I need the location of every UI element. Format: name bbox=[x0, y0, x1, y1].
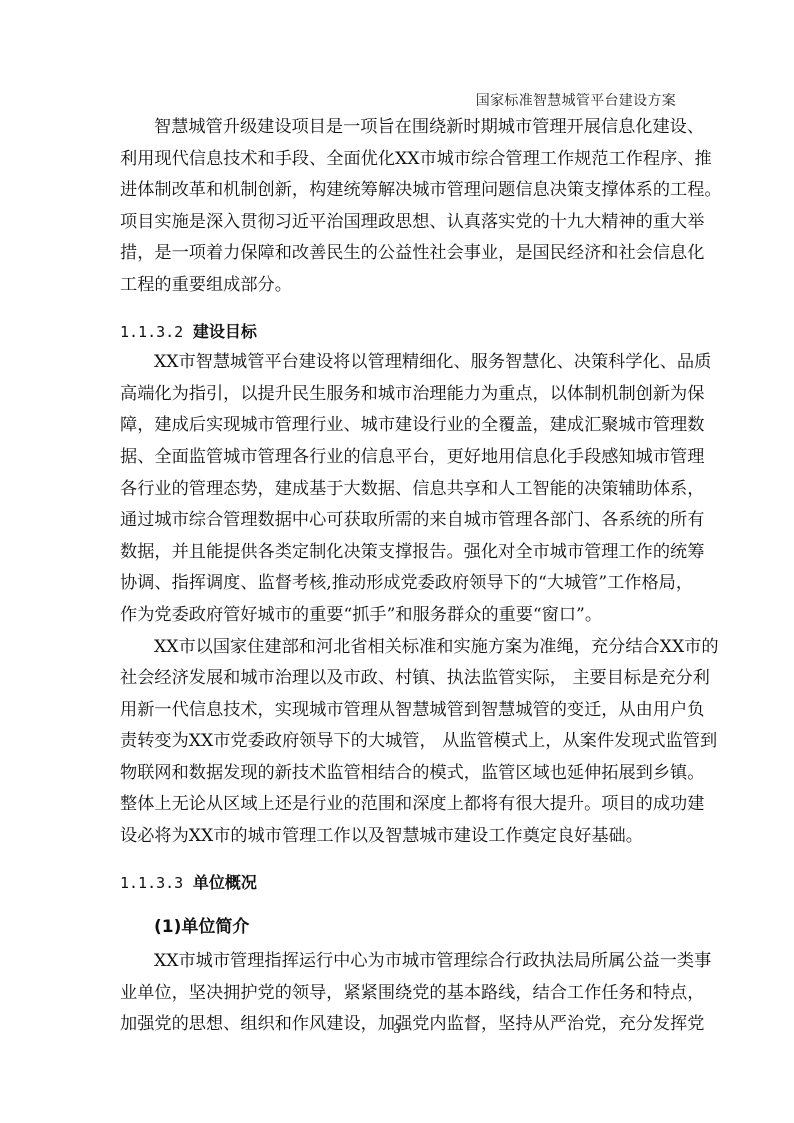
paragraph-line: 数据，并且能提供各类定制化决策支撑报告。强化对全市城市管理工作的统筹 bbox=[120, 537, 676, 569]
section-heading-1133: 1.1.3.3 单位概况 bbox=[120, 867, 676, 899]
paragraph-line: 各行业的管理态势，建成基于大数据、信息共享和人工智能的决策辅助体系， bbox=[120, 474, 676, 506]
document-page: 国家标准智慧城管平台建设方案 智慧城管升级建设项目是一项旨在围绕新时期城市管理开… bbox=[0, 0, 794, 1123]
section-title: 单位概况 bbox=[193, 873, 257, 892]
paragraph-line: 措，是一项着力保障和改善民生的公益性社会事业，是国民经济和社会信息化 bbox=[120, 238, 676, 270]
paragraph-line: 整体上无论从区域上还是行业的范围和深度上都将有很大提升。项目的成功建 bbox=[120, 789, 676, 821]
paragraph-line: XX市城市管理指挥运行中心为市城市管理综合行政执法局所属公益一类事 bbox=[120, 946, 676, 978]
document-body: 智慧城管升级建设项目是一项旨在围绕新时期城市管理开展信息化建设、 利用现代信息技… bbox=[120, 112, 676, 1041]
paragraph-line: 社会经济发展和城市治理以及市政、村镇、执法监管实际， 主要目标是充分利 bbox=[120, 663, 676, 695]
paragraph-line: 进体制改革和机制创新，构建统筹解决城市管理问题信息决策支撑体系的工程。 bbox=[120, 175, 676, 207]
running-header: 国家标准智慧城管平台建设方案 bbox=[476, 90, 676, 110]
subsection-heading: (1)单位简介 bbox=[120, 908, 676, 946]
paragraph-line: XX市智慧城管平台建设将以管理精细化、服务智慧化、决策科学化、品质 bbox=[120, 347, 676, 379]
paragraph-line: 高端化为指引，以提升民生服务和城市治理能力为重点，以体制机制创新为保 bbox=[120, 379, 676, 411]
paragraph-line: 障，建成后实现城市管理行业、城市建设行业的全覆盖，建成汇聚城市管理数 bbox=[120, 410, 676, 442]
paragraph-line: 责转变为XX市党委政府领导下的大城管， 从监管模式上，从案件发现式监管到 bbox=[120, 726, 676, 758]
paragraph-line: 据、全面监管城市管理各行业的信息平台，更好地用信息化手段感知城市管理 bbox=[120, 442, 676, 474]
paragraph-line: 业单位，坚决拥护党的领导，紧紧围绕党的基本路线，结合工作任务和特点， bbox=[120, 978, 676, 1010]
intro-paragraph: 智慧城管升级建设项目是一项旨在围绕新时期城市管理开展信息化建设、 利用现代信息技… bbox=[120, 112, 676, 302]
spacer bbox=[120, 853, 676, 867]
paragraph-line: 项目实施是深入贯彻习近平治国理政思想、认真落实党的十九大精神的重大举 bbox=[120, 207, 676, 239]
paragraph-line: 物联网和数据发现的新技术监管相结合的模式，监管区域也延伸拓展到乡镇。 bbox=[120, 758, 676, 790]
section-title: 建设目标 bbox=[193, 322, 257, 341]
paragraph-line: 通过城市综合管理数据中心可获取所需的来自城市管理各部门、各系统的所有 bbox=[120, 505, 676, 537]
paragraph-line: 设必将为XX市的城市管理工作以及智慧城市建设工作奠定良好基础。 bbox=[120, 821, 676, 853]
paragraph-line: 协调、指挥调度、监督考核,推动形成党委政府领导下的“大城管”工作格局， bbox=[120, 568, 676, 600]
paragraph-line: 工程的重要组成部分。 bbox=[120, 270, 676, 302]
paragraph-line: 作为党委政府管好城市的重要“抓手”和服务群众的重要“窗口”。 bbox=[120, 600, 676, 632]
goals-paragraph-2: XX市以国家住建部和河北省相关标准和实施方案为准绳，充分结合XX市的 社会经济发… bbox=[120, 632, 676, 853]
goals-paragraph-1: XX市智慧城管平台建设将以管理精细化、服务智慧化、决策科学化、品质 高端化为指引… bbox=[120, 347, 676, 631]
section-number: 1.1.3.3 bbox=[120, 874, 183, 892]
section-number: 1.1.3.2 bbox=[120, 323, 183, 341]
paragraph-line: 用新一代信息技术，实现城市管理从智慧城管到智慧城管的变迁，从由用户负 bbox=[120, 695, 676, 727]
page-number: 3 bbox=[0, 1022, 794, 1036]
paragraph-line: 智慧城管升级建设项目是一项旨在围绕新时期城市管理开展信息化建设、 bbox=[120, 112, 676, 144]
paragraph-line: 利用现代信息技术和手段、全面优化XX市城市综合管理工作规范工作程序、推 bbox=[120, 144, 676, 176]
spacer bbox=[120, 302, 676, 316]
section-heading-1132: 1.1.3.2 建设目标 bbox=[120, 316, 676, 348]
paragraph-line: XX市以国家住建部和河北省相关标准和实施方案为准绳，充分结合XX市的 bbox=[120, 632, 676, 664]
spacer bbox=[120, 898, 676, 908]
